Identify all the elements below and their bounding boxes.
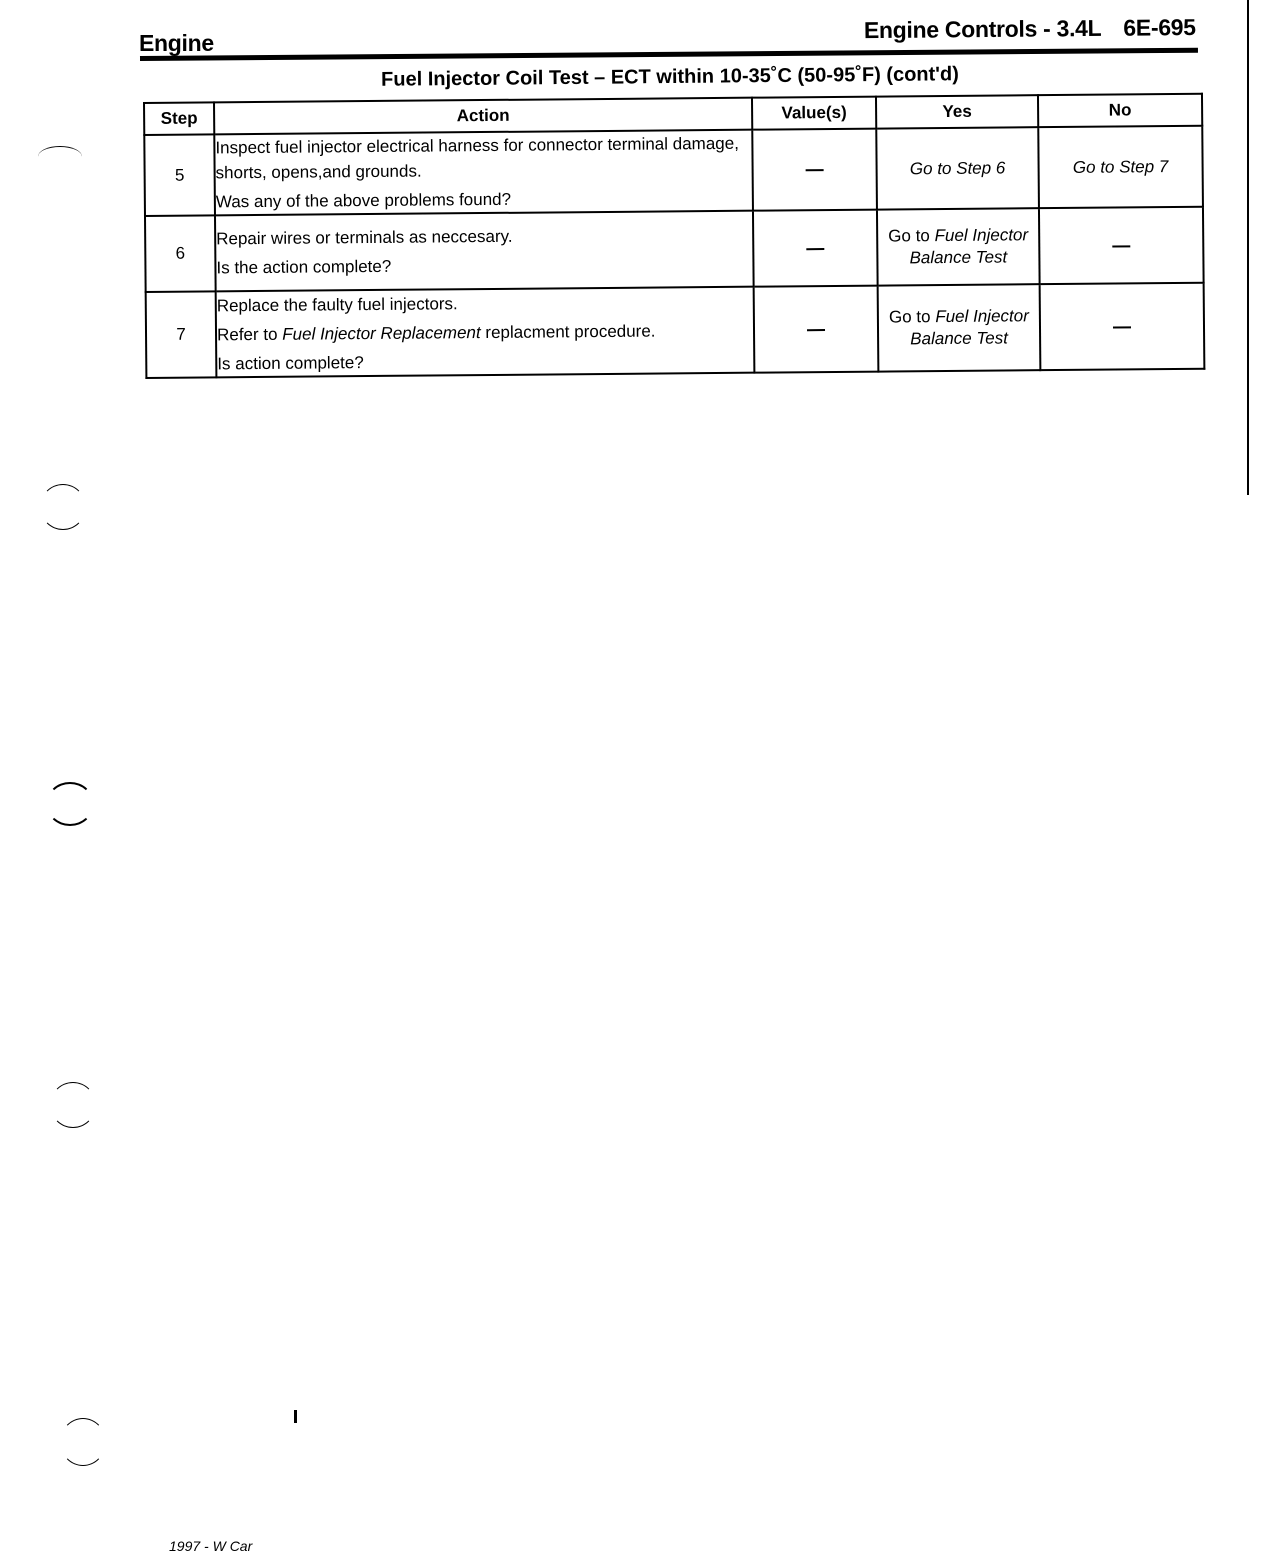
- no-result[interactable]: Go to Step 7: [1038, 126, 1203, 208]
- binder-hole-mark: [50, 1082, 96, 1128]
- column-header-values: Value(s): [752, 97, 876, 130]
- binder-hole-mark: [46, 782, 94, 826]
- step-value: [753, 210, 878, 287]
- step-number: 6: [145, 215, 216, 292]
- dash-mark: [806, 169, 824, 171]
- table-title: Fuel Injector Coil Test – ECT within 10-…: [0, 60, 1280, 96]
- action-question: Is action complete?: [217, 346, 753, 376]
- reference-prefix: Refer to: [217, 324, 282, 344]
- dash-mark: [807, 329, 825, 331]
- action-text: Repair wires or terminals as neccesary.: [216, 222, 752, 252]
- column-header-action: Action: [214, 98, 752, 135]
- yes-result[interactable]: Go to Fuel Injector Balance Test: [878, 284, 1041, 371]
- yes-prefix: Go to: [888, 226, 934, 245]
- footer-text: 1997 - W Car: [169, 1538, 252, 1554]
- yes-result[interactable]: Go to Fuel Injector Balance Test: [877, 208, 1040, 285]
- injector-replacement-link[interactable]: Fuel Injector Replacement: [282, 323, 481, 344]
- binder-hole-mark: [60, 1418, 106, 1466]
- table-row: 5 Inspect fuel injector electrical harne…: [144, 126, 1203, 216]
- step-value: [752, 129, 877, 211]
- diagnostic-table: Step Action Value(s) Yes No 5 Inspect fu…: [143, 93, 1203, 379]
- no-result: [1039, 207, 1204, 284]
- reference-suffix: replacment procedure.: [481, 321, 656, 342]
- action-reference: Refer to Fuel Injector Replacement repla…: [217, 317, 753, 347]
- manual-page: Engine Engine Controls - 3.4L6E-695 Fuel…: [0, 0, 1280, 1568]
- table-row: 7 Replace the faulty fuel injectors. Ref…: [146, 283, 1205, 378]
- step-number: 5: [144, 134, 215, 216]
- page-code: 6E-695: [1123, 14, 1196, 41]
- yes-result[interactable]: Go to Step 6: [876, 127, 1039, 209]
- action-question: Was any of the above problems found?: [216, 185, 752, 215]
- step-number: 7: [146, 291, 217, 378]
- chapter-title: Engine Controls - 3.4L: [864, 15, 1102, 43]
- page-edge-line: [1247, 0, 1249, 495]
- dash-mark: [1113, 326, 1131, 328]
- scan-speck: [294, 1410, 297, 1423]
- dash-mark: [1112, 245, 1130, 247]
- section-title: Engine: [139, 30, 214, 57]
- binder-hole-mark: [40, 484, 86, 530]
- step-action: Inspect fuel injector electrical harness…: [214, 130, 753, 216]
- page-header: Engine Controls - 3.4L6E-695: [864, 14, 1196, 44]
- step-action: Repair wires or terminals as neccesary. …: [215, 211, 754, 292]
- yes-prefix: Go to: [889, 307, 935, 326]
- step-value: [754, 286, 879, 373]
- action-question: Is the action complete?: [216, 251, 752, 281]
- no-result: [1040, 283, 1205, 370]
- column-header-yes: Yes: [876, 95, 1038, 128]
- column-header-no: No: [1038, 94, 1202, 127]
- binder-hole-mark: [38, 146, 82, 167]
- action-text: Inspect fuel injector electrical harness…: [215, 131, 751, 186]
- dash-mark: [806, 248, 824, 250]
- step-action: Replace the faulty fuel injectors. Refer…: [216, 287, 755, 378]
- header-rule: [140, 48, 1198, 61]
- action-text: Replace the faulty fuel injectors.: [217, 288, 753, 318]
- table-row: 6 Repair wires or terminals as neccesary…: [145, 207, 1204, 292]
- column-header-step: Step: [144, 102, 214, 135]
